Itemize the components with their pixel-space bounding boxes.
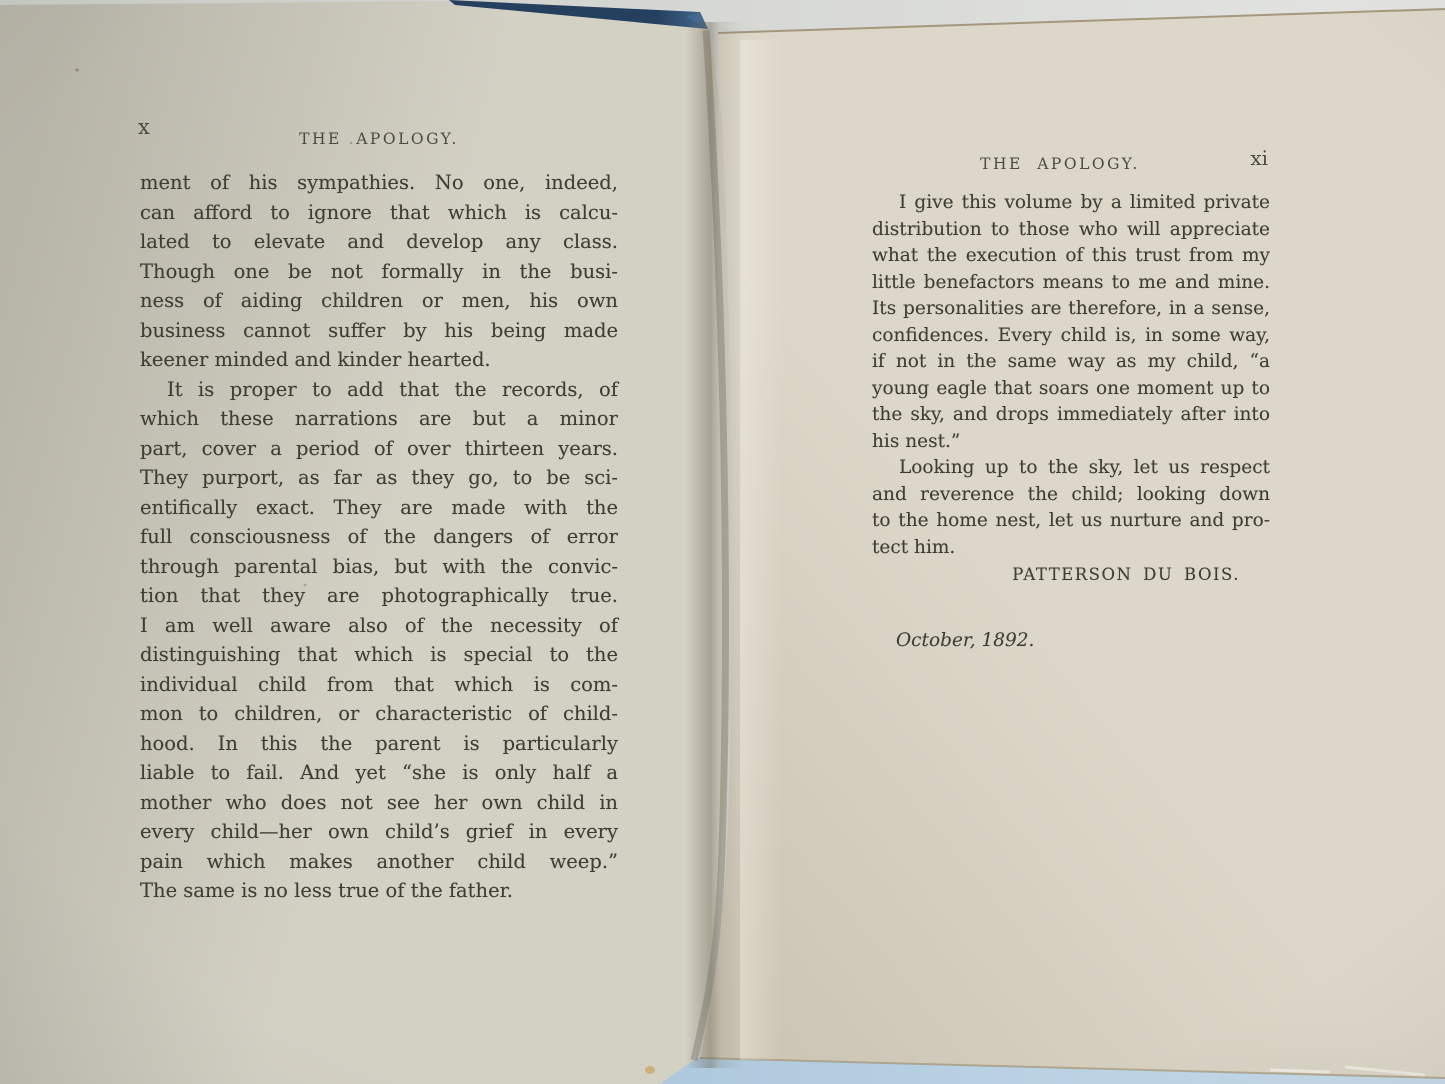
text-line: and reverence the child; looking down xyxy=(872,482,1270,509)
text-line: Looking up to the sky, let us respect xyxy=(872,455,1270,482)
text-line: hood. In this the parent is particularly xyxy=(140,729,618,759)
text-line: young eagle that soars one moment up to xyxy=(872,376,1270,403)
text-line: pain which makes another child weep.” xyxy=(140,847,618,877)
text-line: part, cover a period of over thirteen ye… xyxy=(140,434,618,464)
text-line: which these narrations are but a minor xyxy=(140,404,618,434)
book-photo: x THE APOLOGY. ment of his sympathies. N… xyxy=(0,0,1445,1084)
right-running-header: THE APOLOGY. xyxy=(872,155,1248,173)
text-line: his nest.” xyxy=(872,429,1270,456)
text-line: individual child from that which is com- xyxy=(140,670,618,700)
right-page-text: I give this volume by a limited privated… xyxy=(872,190,1270,561)
text-line: distinguishing that which is special to … xyxy=(140,640,618,670)
left-page: x THE APOLOGY. ment of his sympathies. N… xyxy=(140,106,618,906)
text-line: if not in the same way as my child, “a xyxy=(872,349,1270,376)
text-line: business cannot suffer by his being made xyxy=(140,316,618,346)
text-line: Though one be not formally in the busi- xyxy=(140,257,618,287)
text-line: what the execution of this trust from my xyxy=(872,243,1270,270)
text-line: ness of aiding children or men, his own xyxy=(140,286,618,316)
text-line: mon to children, or characteristic of ch… xyxy=(140,699,618,729)
text-line: to the home nest, let us nurture and pro… xyxy=(872,508,1270,535)
text-line: mother who does not see her own child in xyxy=(140,788,618,818)
text-line: tion that they are photographically true… xyxy=(140,581,618,611)
right-page-number: xi xyxy=(1250,146,1268,170)
right-page: THE APOLOGY. xi I give this volume by a … xyxy=(872,142,1270,651)
text-line: keener minded and kinder hearted. xyxy=(140,345,618,375)
text-line: the sky, and drops immediately after int… xyxy=(872,402,1270,429)
text-line: I give this volume by a limited private xyxy=(872,190,1270,217)
text-line: through parental bias, but with the conv… xyxy=(140,552,618,582)
text-line: Its personalities are therefore, in a se… xyxy=(872,296,1270,323)
text-line: lated to elevate and develop any class. xyxy=(140,227,618,257)
text-line: confidences. Every child is, in some way… xyxy=(872,323,1270,350)
text-line: It is proper to add that the records, of xyxy=(140,375,618,405)
left-page-text: ment of his sympathies. No one, indeed,c… xyxy=(140,168,618,906)
text-line: can afford to ignore that which is calcu… xyxy=(140,198,618,228)
text-line: They purport, as far as they go, to be s… xyxy=(140,463,618,493)
text-line: The same is no less true of the father. xyxy=(140,876,618,906)
text-line: distribution to those who will appreciat… xyxy=(872,217,1270,244)
text-line: I am well aware also of the necessity of xyxy=(140,611,618,641)
text-line: ment of his sympathies. No one, indeed, xyxy=(140,168,618,198)
text-line: entifically exact. They are made with th… xyxy=(140,493,618,523)
text-line: liable to fail. And yet “she is only hal… xyxy=(140,758,618,788)
text-line: tect him. xyxy=(872,535,1270,562)
left-running-header: THE APOLOGY. xyxy=(140,130,618,148)
text-line: full consciousness of the dangers of err… xyxy=(140,522,618,552)
text-line: every child—her own child’s grief in eve… xyxy=(140,817,618,847)
date-line: October, 1892. xyxy=(872,630,1270,651)
text-line: little benefactors means to me and mine. xyxy=(872,270,1270,297)
signature: PATTERSON DU BOIS. xyxy=(872,565,1270,584)
